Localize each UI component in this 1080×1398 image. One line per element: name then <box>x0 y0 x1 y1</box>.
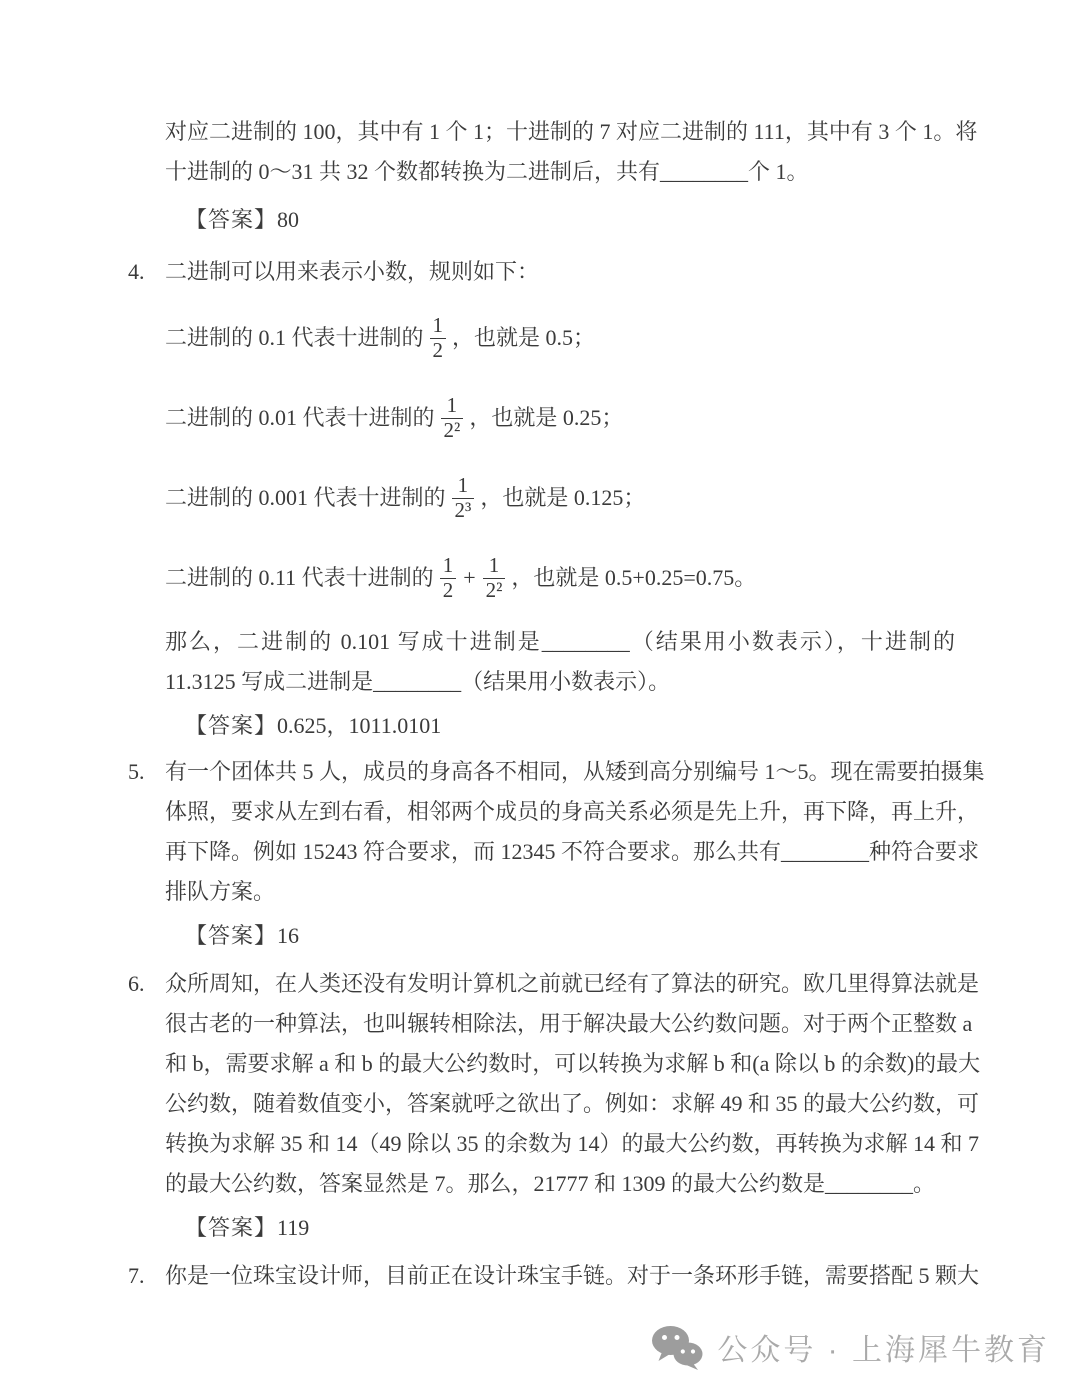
fraction-numerator: 1 <box>430 314 447 338</box>
rule-text-pre: 二进制的 0.001 代表十进制的 <box>165 478 446 518</box>
answer-value: 16 <box>277 923 299 948</box>
wechat-icon <box>651 1324 703 1370</box>
rule-line-1: 二进制的 0.1 代表十进制的 12 ，也就是 0.5； <box>165 302 955 374</box>
question-3-answer-wrap: 【答案】80 <box>165 200 955 240</box>
fraction-denominator: 2³ <box>452 498 475 523</box>
question-3-continuation: 对应二进制的 100，其中有 1 个 1；十进制的 7 对应二进制的 111，其… <box>165 112 955 192</box>
question-5: 5. 有一个团体共 5 人，成员的身高各不相同，从矮到高分别编号 1～5。现在需… <box>128 752 955 956</box>
answer-line: 【答案】80 <box>185 200 955 240</box>
text-line: 有一个团体共 5 人，成员的身高各不相同，从矮到高分别编号 1～5。现在需要拍摄… <box>165 752 955 792</box>
fraction: 12 <box>440 554 457 602</box>
fraction-numerator: 1 <box>444 394 461 418</box>
fraction-numerator: 1 <box>440 554 457 578</box>
rule-text-pre: 二进制的 0.1 代表十进制的 <box>165 318 424 358</box>
answer-label: 【答案】 <box>185 207 277 232</box>
text-line: 转换为求解 35 和 14（49 除以 35 的余数为 14）的最大公约数，再转… <box>165 1124 955 1164</box>
plus-sign: + <box>463 558 475 598</box>
rule-text-post: ，也就是 0.5+0.25=0.75。 <box>511 558 756 598</box>
question-body: 有一个团体共 5 人，成员的身高各不相同，从矮到高分别编号 1～5。现在需要拍摄… <box>165 752 955 956</box>
fraction: 12² <box>483 554 506 602</box>
text-line: 体照，要求从左到右看，相邻两个成员的身高关系必须是先上升，再下降，再上升， <box>165 792 955 832</box>
rule-text-post: ，也就是 0.25； <box>469 398 623 438</box>
text-line: 11.3125 写成二进制是________（结果用小数表示）。 <box>165 662 955 702</box>
answer-label: 【答案】 <box>185 923 277 948</box>
text-line: 公约数，随着数值变小，答案就呼之欲出了。例如：求解 49 和 35 的最大公约数… <box>165 1084 955 1124</box>
fraction: 12² <box>441 394 464 442</box>
text-line: 众所周知，在人类还没有发明计算机之前就已经有了算法的研究。欧几里得算法就是 <box>165 964 955 1004</box>
question-body: 你是一位珠宝设计师，目前正在设计珠宝手链。对于一条环形手链，需要搭配 5 颗大 <box>165 1256 955 1296</box>
text-line: 和 b，需要求解 a 和 b 的最大公约数时，可以转换为求解 b 和(a 除以 … <box>165 1044 955 1084</box>
question-number: 4. <box>128 252 165 746</box>
text-line: 排队方案。 <box>165 872 955 912</box>
fraction: 12³ <box>452 474 475 522</box>
text-line: 十进制的 0～31 共 32 个数都转换为二进制后，共有________个 1。 <box>165 152 955 192</box>
answer-value: 0.625，1011.0101 <box>277 713 441 738</box>
fraction-denominator: 2² <box>441 418 464 443</box>
answer-value: 119 <box>277 1215 309 1240</box>
answer-line: 【答案】0.625，1011.0101 <box>185 706 955 746</box>
question-number: 6. <box>128 964 165 1248</box>
footer-watermark: 公众号 · 上海犀牛教育 <box>651 1324 1050 1370</box>
rule-text-post: ，也就是 0.125； <box>480 478 645 518</box>
text-line: 再下降。例如 15243 符合要求，而 12345 不符合要求。那么共有____… <box>165 832 955 872</box>
rule-line-3: 二进制的 0.001 代表十进制的 12³ ，也就是 0.125； <box>165 462 955 534</box>
rule-text-pre: 二进制的 0.11 代表十进制的 <box>165 558 434 598</box>
answer-value: 80 <box>277 207 299 232</box>
answer-line: 【答案】119 <box>185 1208 955 1248</box>
question-4: 4. 二进制可以用来表示小数，规则如下： 二进制的 0.1 代表十进制的 12 … <box>128 252 955 746</box>
fraction-numerator: 1 <box>486 554 503 578</box>
text-line: 的最大公约数，答案显然是 7。那么，21777 和 1309 的最大公约数是__… <box>165 1164 955 1204</box>
fraction: 12 <box>430 314 447 362</box>
question-number: 7. <box>128 1256 165 1296</box>
text-line: 很古老的一种算法，也叫辗转相除法，用于解决最大公约数问题。对于两个正整数 a <box>165 1004 955 1044</box>
text-line: 你是一位珠宝设计师，目前正在设计珠宝手链。对于一条环形手链，需要搭配 5 颗大 <box>165 1256 955 1296</box>
question-4-conclusion: 那么，二进制的 0.101 写成十进制是________（结果用小数表示），十进… <box>165 622 955 702</box>
question-number: 5. <box>128 752 165 956</box>
rule-line-2: 二进制的 0.01 代表十进制的 12² ，也就是 0.25； <box>165 382 955 454</box>
rule-text-pre: 二进制的 0.01 代表十进制的 <box>165 398 435 438</box>
fraction-numerator: 1 <box>455 474 472 498</box>
text-line: 对应二进制的 100，其中有 1 个 1；十进制的 7 对应二进制的 111，其… <box>165 112 955 152</box>
text-line: 二进制可以用来表示小数，规则如下： <box>165 252 955 292</box>
rule-line-4: 二进制的 0.11 代表十进制的 12 + 12² ，也就是 0.5+0.25=… <box>165 542 955 614</box>
text-line: 那么，二进制的 0.101 写成十进制是________（结果用小数表示），十进… <box>165 622 955 662</box>
question-body: 二进制可以用来表示小数，规则如下： 二进制的 0.1 代表十进制的 12 ，也就… <box>165 252 955 746</box>
answer-line: 【答案】16 <box>185 916 955 956</box>
question-body: 众所周知，在人类还没有发明计算机之前就已经有了算法的研究。欧几里得算法就是 很古… <box>165 964 955 1248</box>
question-7: 7. 你是一位珠宝设计师，目前正在设计珠宝手链。对于一条环形手链，需要搭配 5 … <box>128 1256 955 1296</box>
answer-label: 【答案】 <box>185 713 277 738</box>
document-page: 对应二进制的 100，其中有 1 个 1；十进制的 7 对应二进制的 111，其… <box>0 0 1080 1296</box>
fraction-denominator: 2 <box>440 578 457 603</box>
answer-label: 【答案】 <box>185 1215 277 1240</box>
rule-text-post: ，也就是 0.5； <box>452 318 595 358</box>
footer-watermark-text: 公众号 · 上海犀牛教育 <box>717 1325 1050 1369</box>
fraction-denominator: 2² <box>483 578 506 603</box>
question-6: 6. 众所周知，在人类还没有发明计算机之前就已经有了算法的研究。欧几里得算法就是… <box>128 964 955 1248</box>
fraction-denominator: 2 <box>430 338 447 363</box>
